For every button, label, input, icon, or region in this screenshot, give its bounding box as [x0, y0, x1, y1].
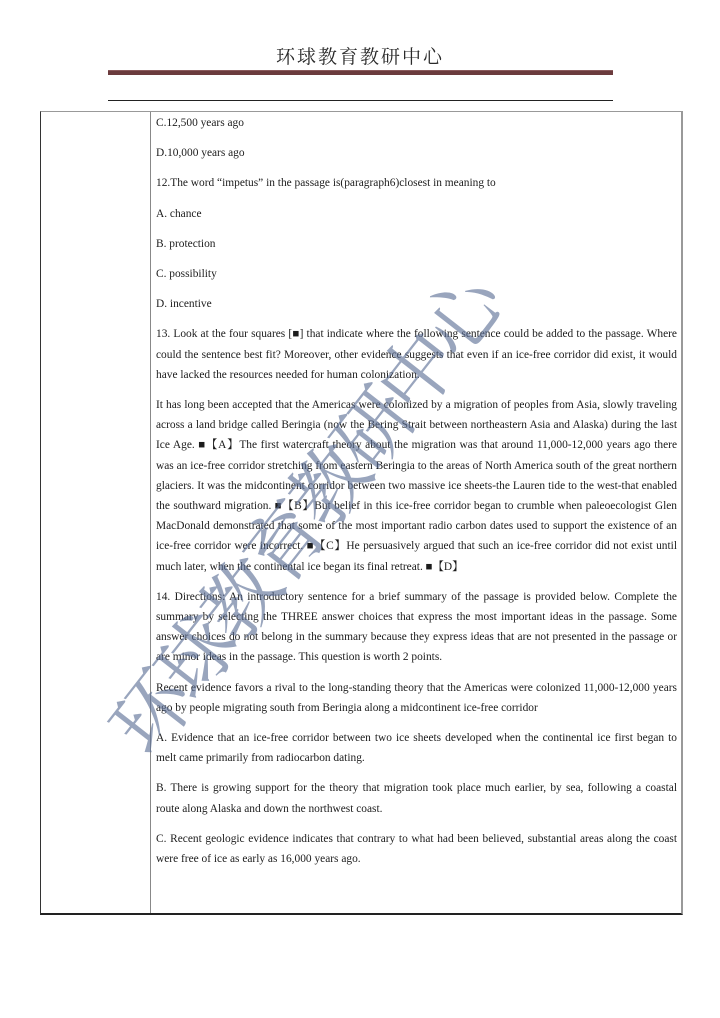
header-divider-thin — [108, 100, 613, 101]
q14-choice-c: C. Recent geologic evidence indicates th… — [156, 829, 677, 869]
q12-option-b: B. protection — [156, 234, 677, 254]
q13-question: 13. Look at the four squares [■] that in… — [156, 324, 677, 385]
q14-directions: 14. Directions: An introductory sentence… — [156, 587, 677, 668]
question-table: C.12,500 years ago D.10,000 years ago 12… — [40, 111, 683, 915]
q14-choice-b: B. There is growing support for the theo… — [156, 778, 677, 818]
q11-option-d: D.10,000 years ago — [156, 143, 677, 163]
q13-passage: It has long been accepted that the Ameri… — [156, 395, 677, 577]
q11-option-c: C.12,500 years ago — [156, 112, 677, 133]
page-header-title: 环球教育教研中心 — [0, 42, 720, 69]
table-left-cell — [41, 112, 151, 913]
q12-option-c: C. possibility — [156, 264, 677, 284]
q12-option-a: A. chance — [156, 204, 677, 224]
q14-intro-sentence: Recent evidence favors a rival to the lo… — [156, 678, 677, 718]
table-content-cell: C.12,500 years ago D.10,000 years ago 12… — [156, 112, 677, 913]
header-divider-thick — [108, 70, 613, 75]
q12-option-d: D. incentive — [156, 294, 677, 314]
q12-question: 12.The word “impetus” in the passage is(… — [156, 173, 677, 193]
q14-choice-a: A. Evidence that an ice-free corridor be… — [156, 728, 677, 768]
